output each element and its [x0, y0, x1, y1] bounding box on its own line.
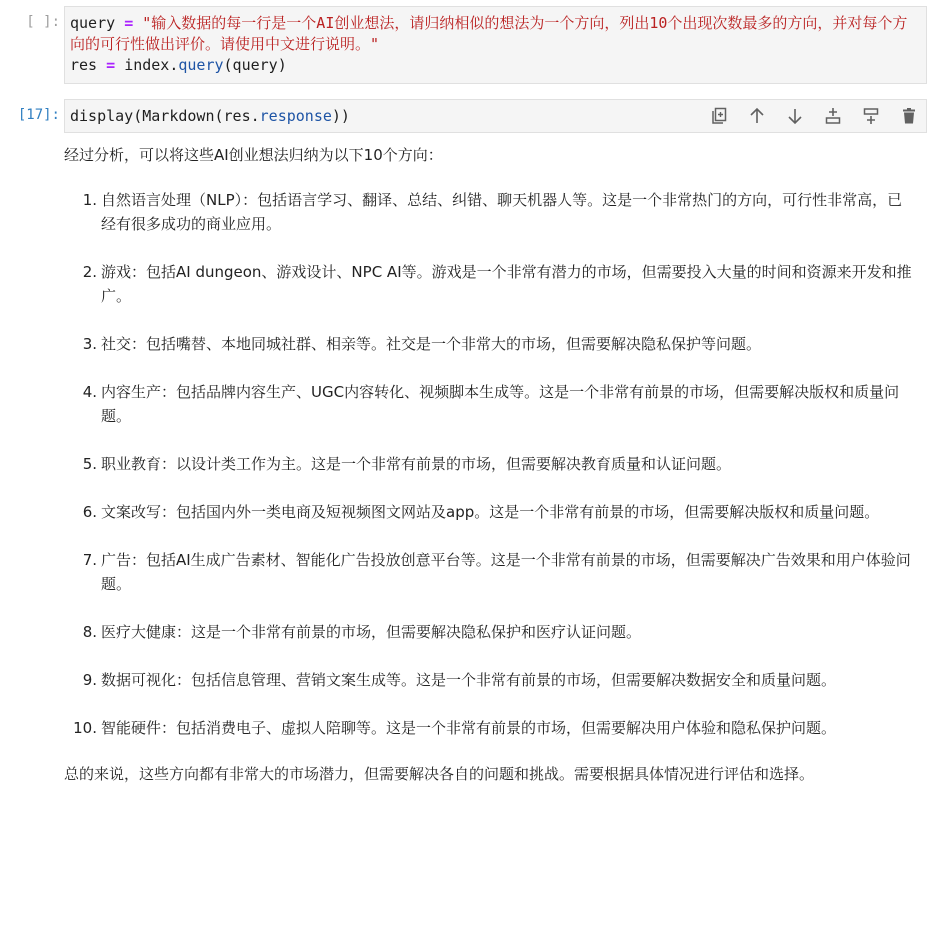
- item-text: 医疗大健康：这是一个非常有前景的市场，但需要解决隐私保护和医疗认证问题。: [101, 623, 641, 641]
- list-item: 3.社交：包括嘴替、本地同城社群、相亲等。社交是一个非常大的市场，但需要解决隐私…: [78, 332, 913, 356]
- list-item: 4.内容生产：包括品牌内容生产、UGC内容转化、视频脚本生成等。这是一个非常有前…: [78, 380, 913, 428]
- output-conclusion: 总的来说，这些方向都有非常大的市场潜力，但需要解决各自的问题和挑战。需要根据具体…: [64, 762, 913, 786]
- item-number: 5.: [64, 452, 97, 476]
- list-item: 10.智能硬件：包括消费电子、虚拟人陪聊等。这是一个非常有前景的市场，但需要解决…: [78, 716, 913, 740]
- list-item: 7.广告：包括AI生成广告素材、智能化广告投放创意平台等。这是一个非常有前景的市…: [78, 548, 913, 596]
- item-text: 自然语言处理（NLP）：包括语言学习、翻译、总结、纠错、聊天机器人等。这是一个非…: [101, 191, 902, 233]
- item-text: 数据可视化：包括信息管理、营销文案生成等。这是一个非常有前景的市场，但需要解决数…: [101, 671, 836, 689]
- item-number: 10.: [64, 716, 97, 740]
- duplicate-icon: [709, 106, 729, 126]
- item-text: 文案改写：包括国内外一类电商及短视频图文网站及app。这是一个非常有前景的市场，…: [101, 503, 879, 521]
- move-up-icon: [747, 106, 767, 126]
- item-text: 内容生产：包括品牌内容生产、UGC内容转化、视频脚本生成等。这是一个非常有前景的…: [101, 383, 899, 425]
- item-text: 职业教育：以设计类工作为主。这是一个非常有前景的市场，但需要解决教育质量和认证问…: [101, 455, 731, 473]
- item-number: 4.: [64, 380, 97, 404]
- cell-prompt: [ ]:: [0, 14, 60, 30]
- code-operator: =: [124, 14, 133, 32]
- insert-below-icon: [861, 106, 881, 126]
- delete-button[interactable]: [897, 105, 921, 127]
- item-text: 社交：包括嘴替、本地同城社群、相亲等。社交是一个非常大的市场，但需要解决隐私保护…: [101, 335, 761, 353]
- code-editor[interactable]: query = "输入数据的每一行是一个AI创业想法，请归纳相似的想法为一个方向…: [64, 6, 927, 84]
- move-down-icon: [785, 106, 805, 126]
- code-var: res: [70, 56, 97, 74]
- list-item: 8.医疗大健康：这是一个非常有前景的市场，但需要解决隐私保护和医疗认证问题。: [78, 620, 913, 644]
- insert-below-button[interactable]: [859, 105, 883, 127]
- insert-above-button[interactable]: [821, 105, 845, 127]
- code-var: query: [70, 14, 115, 32]
- output-intro: 经过分析，可以将这些AI创业想法归纳为以下10个方向：: [64, 143, 913, 167]
- code-object: index.: [124, 56, 178, 74]
- list-item: 5.职业教育：以设计类工作为主。这是一个非常有前景的市场，但需要解决教育质量和认…: [78, 452, 913, 476]
- markdown-output: 经过分析，可以将这些AI创业想法归纳为以下10个方向： 1.自然语言处理（NLP…: [64, 143, 913, 786]
- move-down-button[interactable]: [783, 105, 807, 127]
- display-cell: [17]: display(Markdown(res.response)): [0, 99, 933, 133]
- move-up-button[interactable]: [745, 105, 769, 127]
- list-item: 2.游戏：包括AI dungeon、游戏设计、NPC AI等。游戏是一个非常有潜…: [78, 260, 913, 308]
- item-number: 2.: [64, 260, 97, 284]
- delete-icon: [899, 106, 919, 126]
- item-text: 广告：包括AI生成广告素材、智能化广告投放创意平台等。这是一个非常有前景的市场，…: [101, 551, 911, 593]
- directions-list: 1.自然语言处理（NLP）：包括语言学习、翻译、总结、纠错、聊天机器人等。这是一…: [78, 188, 913, 740]
- code-attr: query: [178, 56, 223, 74]
- list-item: 9.数据可视化：包括信息管理、营销文案生成等。这是一个非常有前景的市场，但需要解…: [78, 668, 913, 692]
- item-number: 3.: [64, 332, 97, 356]
- item-text: 游戏：包括AI dungeon、游戏设计、NPC AI等。游戏是一个非常有潜力的…: [101, 263, 912, 305]
- list-item: 1.自然语言处理（NLP）：包括语言学习、翻译、总结、纠错、聊天机器人等。这是一…: [78, 188, 913, 236]
- code-string: "输入数据的每一行是一个AI创业想法，请归纳相似的想法为一个方向，列出10个出现…: [70, 14, 907, 53]
- item-number: 8.: [64, 620, 97, 644]
- code-attr: response: [260, 107, 332, 125]
- code-operator: =: [106, 56, 115, 74]
- code-args: (query): [224, 56, 287, 74]
- duplicate-button[interactable]: [707, 105, 731, 127]
- list-item: 6.文案改写：包括国内外一类电商及短视频图文网站及app。这是一个非常有前景的市…: [78, 500, 913, 524]
- cell-toolbar: [707, 105, 921, 127]
- item-number: 6.: [64, 500, 97, 524]
- item-number: 9.: [64, 668, 97, 692]
- query-cell: [ ]: query = "输入数据的每一行是一个AI创业想法，请归纳相似的想法…: [0, 6, 933, 84]
- item-number: 7.: [64, 548, 97, 572]
- code-close: )): [332, 107, 350, 125]
- cell-prompt: [17]:: [0, 107, 60, 123]
- item-number: 1.: [64, 188, 97, 212]
- insert-above-icon: [823, 106, 843, 126]
- item-text: 智能硬件：包括消费电子、虚拟人陪聊等。这是一个非常有前景的市场，但需要解决用户体…: [101, 719, 836, 737]
- code-call: display(Markdown(res.: [70, 107, 260, 125]
